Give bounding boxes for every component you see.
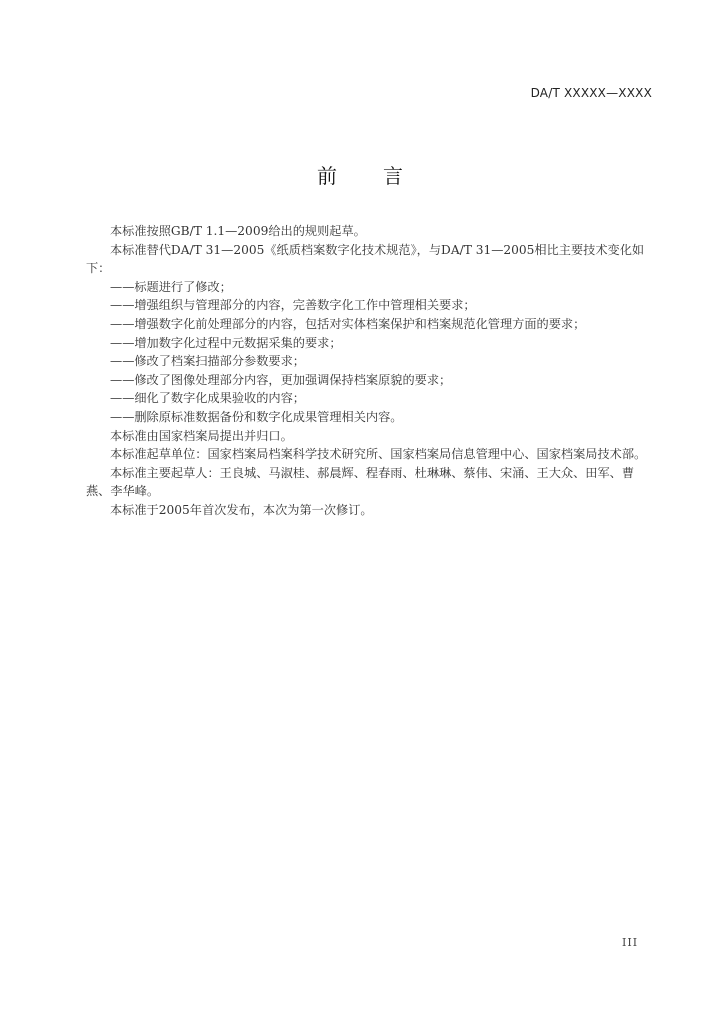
- paragraph-proposer: 本标准由国家档案局提出并归口。: [86, 427, 656, 446]
- change-item: ——增加数字化过程中元数据采集的要求；: [86, 334, 656, 353]
- paragraph-drafters: 本标准主要起草人：王良城、马淑桂、郝晨辉、程春雨、杜琳琳、蔡伟、宋涌、王大众、田…: [86, 464, 656, 501]
- title-part-1: 前: [317, 164, 337, 188]
- change-item: ——修改了档案扫描部分参数要求；: [86, 352, 656, 371]
- change-item: ——细化了数字化成果验收的内容；: [86, 389, 656, 408]
- page-title: 前言: [0, 160, 720, 189]
- document-code: DA/T XXXXX—XXXX: [531, 86, 652, 100]
- paragraph-replacement: 本标准替代DA/T 31—2005《纸质档案数字化技术规范》，与DA/T 31—…: [86, 241, 656, 278]
- change-item: ——修改了图像处理部分内容，更加强调保持档案原貌的要求；: [86, 371, 656, 390]
- title-part-2: 言: [383, 164, 403, 188]
- change-item: ——删除原标准数据备份和数字化成果管理相关内容。: [86, 408, 656, 427]
- paragraph-history: 本标准于2005年首次发布，本次为第一次修订。: [86, 501, 656, 520]
- document-page: DA/T XXXXX—XXXX 前言 本标准按照GB/T 1.1—2009给出的…: [0, 0, 720, 1019]
- page-number: III: [622, 936, 638, 949]
- change-item: ——标题进行了修改；: [86, 278, 656, 297]
- paragraph-drafting-rule: 本标准按照GB/T 1.1—2009给出的规则起草。: [86, 222, 656, 241]
- change-item: ——增强数字化前处理部分的内容，包括对实体档案保护和档案规范化管理方面的要求；: [86, 315, 656, 334]
- paragraph-drafting-units: 本标准起草单位：国家档案局档案科学技术研究所、国家档案局信息管理中心、国家档案局…: [86, 445, 656, 464]
- document-body: 本标准按照GB/T 1.1—2009给出的规则起草。 本标准替代DA/T 31—…: [86, 222, 656, 520]
- change-item: ——增强组织与管理部分的内容，完善数字化工作中管理相关要求；: [86, 296, 656, 315]
